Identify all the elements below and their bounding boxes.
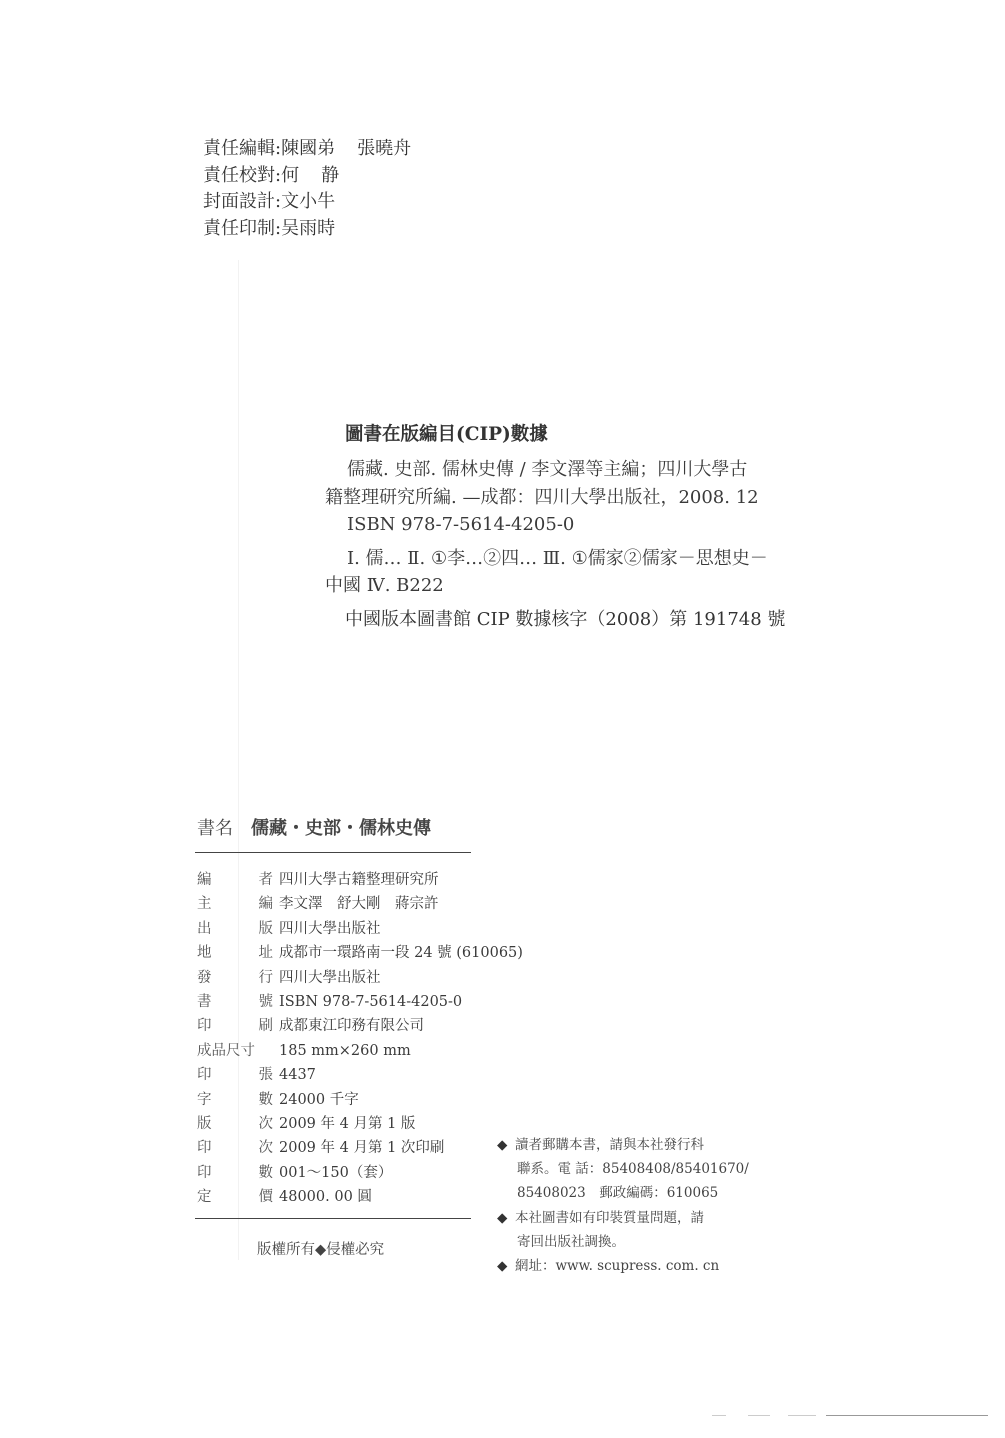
credit-label: 責任印制	[203, 218, 275, 239]
credit-value-2: 静	[321, 165, 339, 186]
colophon-row: 定價48000. 00 圓	[197, 1185, 523, 1209]
colophon-table: 編者四川大學古籍整理研究所 主編李文澤 舒大剛 蔣宗許 出版四川大學出版社 地址…	[197, 868, 523, 1210]
editorial-credits: 責任編輯:陳國弟張曉舟 責任校對:何静 封面設計:文小牛 責任印制:吴雨時	[203, 136, 411, 242]
colophon-row: 版次2009 年 4 月第 1 版	[197, 1112, 523, 1136]
divider-top	[195, 852, 471, 853]
credit-row: 封面設計:文小牛	[203, 189, 411, 216]
credit-value: 吴雨時	[281, 218, 335, 239]
credit-value: 陳國弟	[281, 138, 335, 159]
credit-row: 責任編輯:陳國弟張曉舟	[203, 136, 411, 163]
copyright-notice: 版權所有◆侵權必究	[257, 1238, 384, 1259]
colophon-row: 書號ISBN 978-7-5614-4205-0	[197, 990, 523, 1014]
book-title-value: 儒藏・史部・儒林史傳	[251, 818, 431, 839]
credit-label: 封面設計	[203, 191, 275, 212]
cip-line-2: 籍整理研究所編. —成都：四川大學出版社，2008. 12	[325, 484, 845, 512]
cip-subject-2: 中國 Ⅳ. B222	[325, 572, 845, 600]
scan-artifact	[788, 1415, 816, 1416]
credit-label: 責任校對	[203, 165, 275, 186]
cip-verification: 中國版本圖書館 CIP 數據核字（2008）第 191748 號	[345, 605, 785, 631]
diamond-bullet-icon: ◆	[497, 1206, 515, 1230]
publisher-notes: ◆讀者郵購本書，請與本社發行科 聯系。電 話：85408408/85401670…	[497, 1133, 757, 1278]
colophon-row: 主編李文澤 舒大剛 蔣宗許	[197, 892, 523, 916]
note-website: ◆網址：www. scupress. com. cn	[497, 1254, 757, 1278]
book-title: 書名儒藏・史部・儒林史傳	[197, 814, 431, 840]
colophon-row: 字數24000 千字	[197, 1088, 523, 1112]
book-title-label: 書名	[197, 818, 233, 839]
divider-bottom	[195, 1218, 471, 1219]
note-defects: ◆本社圖書如有印裝質量問題，請	[497, 1206, 757, 1230]
colophon-row: 印張4437	[197, 1063, 523, 1087]
credit-value: 何	[281, 165, 299, 186]
credit-value: 文小牛	[281, 191, 335, 212]
cip-isbn: ISBN 978-7-5614-4205-0	[325, 511, 845, 539]
colophon-row: 發行四川大學出版社	[197, 966, 523, 990]
credit-label: 責任編輯	[203, 138, 275, 159]
colophon-row: 印刷成都東江印務有限公司	[197, 1014, 523, 1038]
colophon-row: 成品尺寸185 mm×260 mm	[197, 1039, 523, 1063]
credit-row: 責任校對:何静	[203, 163, 411, 190]
cip-record: 儒藏. 史部. 儒林史傳 / 李文澤等主編；四川大學古 籍整理研究所編. —成都…	[325, 456, 845, 600]
credit-value-2: 張曉舟	[357, 138, 411, 159]
scan-artifact	[826, 1415, 988, 1416]
cip-heading: 圖書在版編目(CIP)數據	[345, 420, 548, 446]
colophon-row: 編者四川大學古籍整理研究所	[197, 868, 523, 892]
note-mail-order: ◆讀者郵購本書，請與本社發行科	[497, 1133, 757, 1157]
credit-row: 責任印制:吴雨時	[203, 216, 411, 243]
colophon-row: 印數001～150（套）	[197, 1161, 523, 1185]
colophon-row: 出版四川大學出版社	[197, 917, 523, 941]
diamond-bullet-icon: ◆	[497, 1254, 515, 1278]
scan-artifact	[748, 1415, 770, 1416]
scan-artifact	[712, 1415, 726, 1416]
cip-subject-1: Ⅰ. 儒… Ⅱ. ①李…②四… Ⅲ. ①儒家②儒家－思想史－	[325, 545, 845, 573]
diamond-bullet-icon: ◆	[497, 1133, 515, 1157]
colophon-row: 地址成都市一環路南一段 24 號 (610065)	[197, 941, 523, 965]
cip-line-1: 儒藏. 史部. 儒林史傳 / 李文澤等主編；四川大學古	[325, 456, 845, 484]
colophon-row: 印次2009 年 4 月第 1 次印刷	[197, 1136, 523, 1160]
